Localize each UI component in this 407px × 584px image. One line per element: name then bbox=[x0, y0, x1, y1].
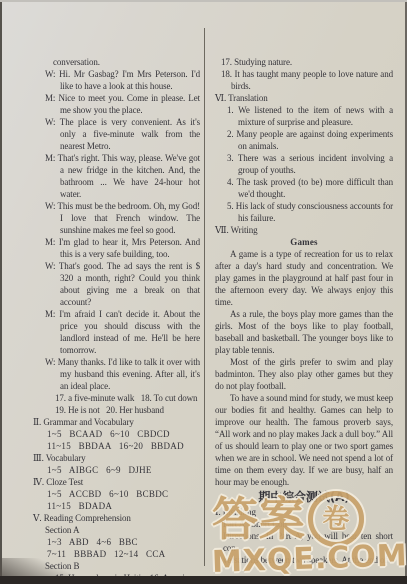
scan-edge-top bbox=[0, 0, 407, 2]
watermark-circle-char: 卷 bbox=[322, 506, 349, 533]
scan-edge-left bbox=[0, 0, 2, 584]
subsection-heading: Section A bbox=[45, 524, 200, 536]
section-heading: Ⅶ. Writing bbox=[215, 224, 393, 236]
answer-line: 19. He is not 20. Her husband bbox=[55, 404, 200, 416]
answer-line: 3. There was a serious incident involvin… bbox=[227, 152, 393, 176]
essay-paragraph: Most of the girls prefer to swim and pla… bbox=[215, 356, 393, 392]
right-column: 17. Studying nature.18. It has taught ma… bbox=[215, 56, 393, 566]
answer-letters-line: 11~15 BDADA bbox=[47, 500, 200, 512]
answer-line: 17. Studying nature. bbox=[215, 56, 393, 68]
watermark-char: 案 bbox=[259, 493, 305, 545]
essay-title: Games bbox=[215, 236, 393, 248]
answer-letters-line: 1~3 ABD 4~6 BBC bbox=[47, 536, 200, 548]
watermark: 答 案 卷 MXQE.COM bbox=[212, 491, 407, 579]
essay-paragraph: A game is a type of recreation for us to… bbox=[215, 248, 393, 308]
answer-line: 2. Many people are against doing experim… bbox=[227, 128, 393, 152]
answer-letters-line: 1~5 AIBGC 6~9 DJHE bbox=[47, 464, 200, 476]
answer-line: 18. It has taught many people to love na… bbox=[215, 68, 393, 92]
dialogue-line: M: Nice to meet you. Come in please. Let… bbox=[33, 92, 200, 116]
dialogue-line: M: I'm glad to hear it, Mrs Peterson. An… bbox=[33, 236, 200, 260]
essay-paragraph: To have a sound mind for study, we must … bbox=[215, 392, 393, 488]
dialogue-line: W: Many thanks. I'd like to talk it over… bbox=[33, 356, 200, 392]
section-heading: Ⅳ. Cloze Test bbox=[33, 476, 200, 488]
essay-paragraph: As a rule, the boys play more games than… bbox=[215, 308, 393, 356]
answer-line: 5. His lack of study consciousness accou… bbox=[227, 200, 393, 224]
answer-letters-line: 11~15 BBDAA 16~20 BBDAD bbox=[47, 440, 200, 452]
watermark-char: 答 bbox=[212, 493, 258, 545]
answer-line: 4. The task proved (to be) more difficul… bbox=[227, 176, 393, 200]
column-divider-line bbox=[204, 28, 205, 566]
scanned-page: conversation.W: Hi. Mr Gasbag? I'm Mrs P… bbox=[0, 0, 407, 584]
answer-line: 17. a five-minute walk 18. To cut down bbox=[55, 392, 200, 404]
section-heading: Ⅴ. Reading Comprehension bbox=[33, 512, 200, 524]
dialogue-line: W: This must be the bedroom. Oh, my God!… bbox=[33, 200, 200, 236]
continuation-line: conversation. bbox=[53, 56, 200, 68]
section-heading: Ⅵ. Translation bbox=[215, 92, 393, 104]
watermark-site-url: MXQE.COM bbox=[211, 540, 407, 579]
dialogue-line: M: I'm afraid I can't decide it. About t… bbox=[33, 308, 200, 356]
left-column: conversation.W: Hi. Mr Gasbag? I'm Mrs P… bbox=[33, 56, 200, 584]
dialogue-line: W: That's good. The ad says the rent is … bbox=[33, 260, 200, 308]
section-heading: Ⅲ. Vocabulary bbox=[33, 452, 200, 464]
answer-line: 1. We listened to the item of news with … bbox=[227, 104, 393, 128]
answer-letters-line: 1~5 ACCBD 6~10 BCBDC bbox=[47, 488, 200, 500]
answer-letters-line: 1~5 BCAAD 6~10 CBDCD bbox=[47, 428, 200, 440]
dialogue-line: M: That's right. This way, please. We've… bbox=[33, 152, 200, 200]
dialogue-line: W: The place is very convenient. As it's… bbox=[33, 116, 200, 152]
watermark-circle-logo: 卷 bbox=[308, 491, 364, 547]
dialogue-line: W: Hi. Mr Gasbag? I'm Mrs Peterson. I'd … bbox=[33, 68, 200, 92]
section-heading: Ⅱ. Grammar and Vocabulary bbox=[33, 416, 200, 428]
